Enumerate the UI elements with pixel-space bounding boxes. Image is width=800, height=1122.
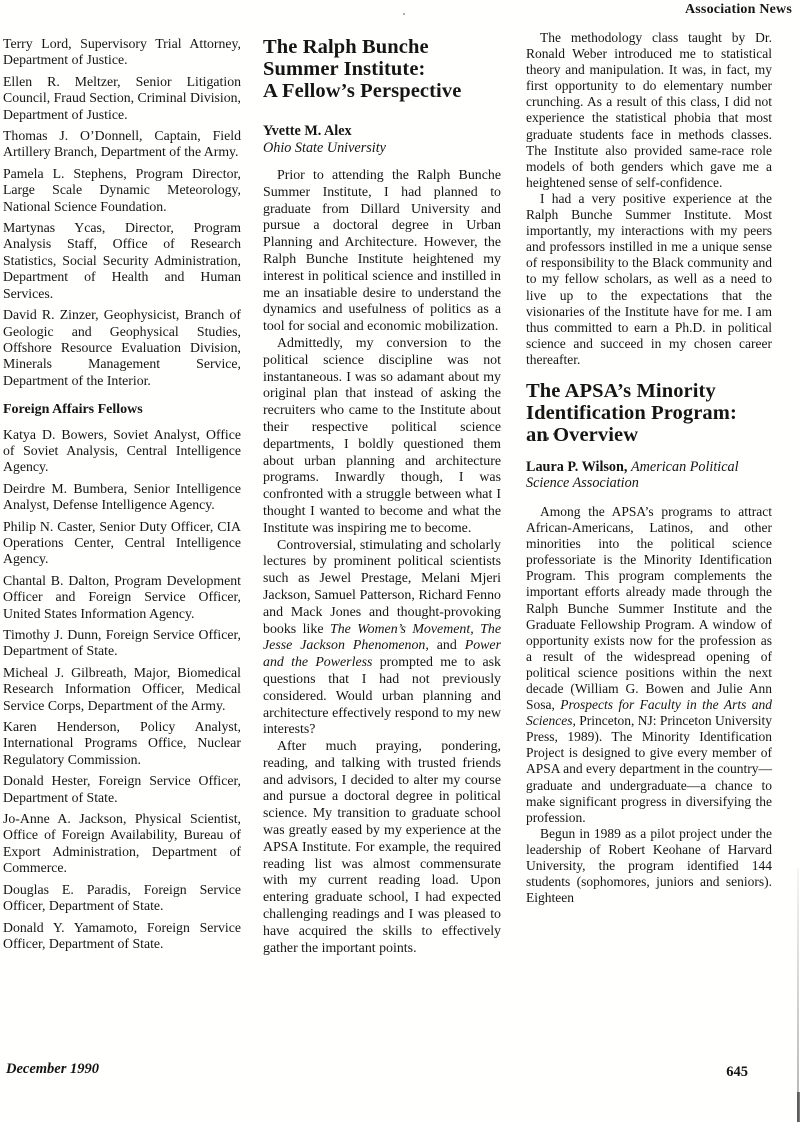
fellow-entry: Karen Henderson, Policy Analyst, Interna… [3, 719, 241, 768]
fellow-entry: Deirdre M. Bumbera, Senior Intelligence … [3, 481, 241, 514]
fellow-entry: Terry Lord, Supervisory Trial Attorney, … [3, 36, 241, 69]
body-paragraph: Begun in 1989 as a pilot project under t… [526, 826, 772, 906]
body-paragraph: I had a very positive experience at the … [526, 191, 772, 368]
article-1-title: The Ralph Bunche Summer Institute: A Fel… [263, 36, 501, 102]
scan-speck [553, 433, 555, 435]
article-2-title-line: The APSA’s Minority [526, 380, 772, 402]
section-heading-foreign-affairs-fellows: Foreign Affairs Fellows [3, 402, 241, 418]
fellow-entry: Katya D. Bowers, Soviet Analyst, Office … [3, 427, 241, 476]
body-paragraph: Among the APSA’s programs to attract Afr… [526, 504, 772, 826]
fellow-entry: Philip N. Caster, Senior Duty Officer, C… [3, 519, 241, 568]
author-affiliation: Ohio State University [263, 140, 501, 157]
body-paragraph: Controversial, stimulating and scholarly… [263, 538, 501, 740]
journal-page: Association News Terry Lord, Supervisory… [0, 0, 800, 1122]
scan-edge-artifact [797, 868, 799, 1122]
fellow-entry: Micheal J. Gilbreath, Major, Biomedical … [3, 665, 241, 714]
fellow-entry: Timothy J. Dunn, Foreign Service Officer… [3, 627, 241, 660]
article-2-title: The APSA’s Minority Identification Progr… [526, 380, 772, 446]
fellow-entry: Douglas E. Paradis, Foreign Service Offi… [3, 882, 241, 915]
article-1-byline: Yvette M. Alex Ohio State University [263, 123, 501, 156]
article-1-title-line: A Fellow’s Perspective [263, 80, 501, 102]
article-1-title-line: Summer Institute: [263, 58, 501, 80]
scan-speck [403, 13, 405, 15]
page-number: 645 [726, 1064, 748, 1081]
article-2-byline: Laura P. Wilson, American Political Scie… [526, 459, 772, 492]
body-paragraph: Admittedly, my conversion to the politic… [263, 336, 501, 538]
article-2-title-line: Identification Program: [526, 402, 772, 424]
fellow-entry: Donald Hester, Foreign Service Officer, … [3, 773, 241, 806]
body-paragraph: The methodology class taught by Dr. Rona… [526, 30, 772, 191]
fellow-entry: Martynas Ycas, Director, Program Analysi… [3, 220, 241, 302]
fellow-entry: Donald Y. Yamamoto, Foreign Service Offi… [3, 920, 241, 953]
author-name: Yvette M. Alex [263, 123, 501, 140]
footer-issue-date: December 1990 [6, 1061, 99, 1078]
article-2-title-line: an Overview [526, 424, 772, 446]
author-name: Laura P. Wilson, [526, 459, 627, 475]
running-head: Association News [685, 2, 792, 18]
fellow-entry: David R. Zinzer, Geophysicist, Branch of… [3, 307, 241, 389]
fellow-entry: Thomas J. O’Donnell, Captain, Field Arti… [3, 128, 241, 161]
fellow-entry: Pamela L. Stephens, Program Director, La… [3, 166, 241, 215]
right-column: The methodology class taught by Dr. Rona… [526, 30, 772, 906]
article-1-title-line: The Ralph Bunche [263, 36, 501, 58]
article-1-column: The Ralph Bunche Summer Institute: A Fel… [263, 36, 501, 957]
body-paragraph: After much praying, pondering, reading, … [263, 739, 501, 957]
body-paragraph: Prior to attending the Ralph Bunche Summ… [263, 168, 501, 336]
fellows-list-column: Terry Lord, Supervisory Trial Attorney, … [3, 36, 241, 957]
scan-speck [546, 437, 549, 440]
fellow-entry: Jo-Anne A. Jackson, Physical Scientist, … [3, 811, 241, 877]
fellow-entry: Chantal B. Dalton, Program Development O… [3, 573, 241, 622]
fellow-entry: Ellen R. Meltzer, Senior Litigation Coun… [3, 74, 241, 123]
